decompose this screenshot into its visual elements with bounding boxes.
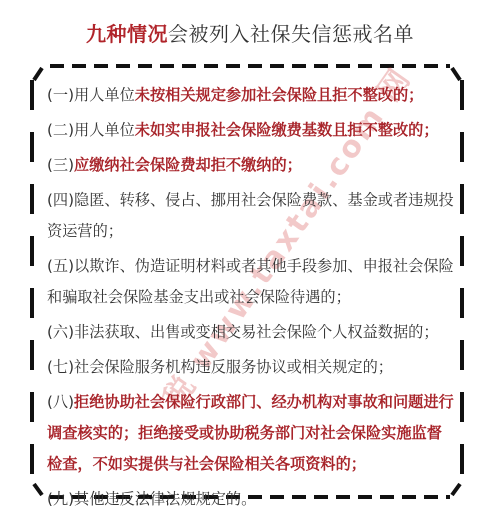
list-item: (四)隐匿、转移、侵占、挪用社会保险费款、基金或者违规投资运营的；	[47, 185, 457, 247]
title-rest: 会被列入社保失信惩戒名单	[168, 22, 414, 46]
rules-list: (一)用人单位未按相关规定参加社会保险且拒不整改的； (二)用人单位未如实申报社…	[47, 80, 457, 515]
page-title: 九种情况会被列入社保失信惩戒名单	[0, 20, 500, 48]
list-item: (八)拒绝协助社会保险行政部门、经办机构对事故和问题进行调查核实的；拒绝接受或协…	[47, 387, 457, 480]
list-item: (一)用人单位未按相关规定参加社会保险且拒不整改的；	[47, 80, 457, 111]
list-item: (三)应缴纳社会保险费却拒不缴纳的；	[47, 150, 457, 181]
list-item: (二)用人单位未如实申报社会保险缴费基数且拒不整改的；	[47, 115, 457, 146]
title-highlight: 九种情况	[86, 22, 168, 46]
list-item: (七)社会保险服务机构违反服务协议或相关规定的；	[47, 352, 457, 383]
list-item: (六)非法获取、出售或变相交易社会保险个人权益数据的；	[47, 317, 457, 348]
list-item: (五)以欺诈、伪造证明材料或者其他手段参加、申报社会保险和骗取社会保险基金支出或…	[47, 251, 457, 313]
list-item: (九)其他违反法律法规规定的。	[47, 484, 457, 515]
